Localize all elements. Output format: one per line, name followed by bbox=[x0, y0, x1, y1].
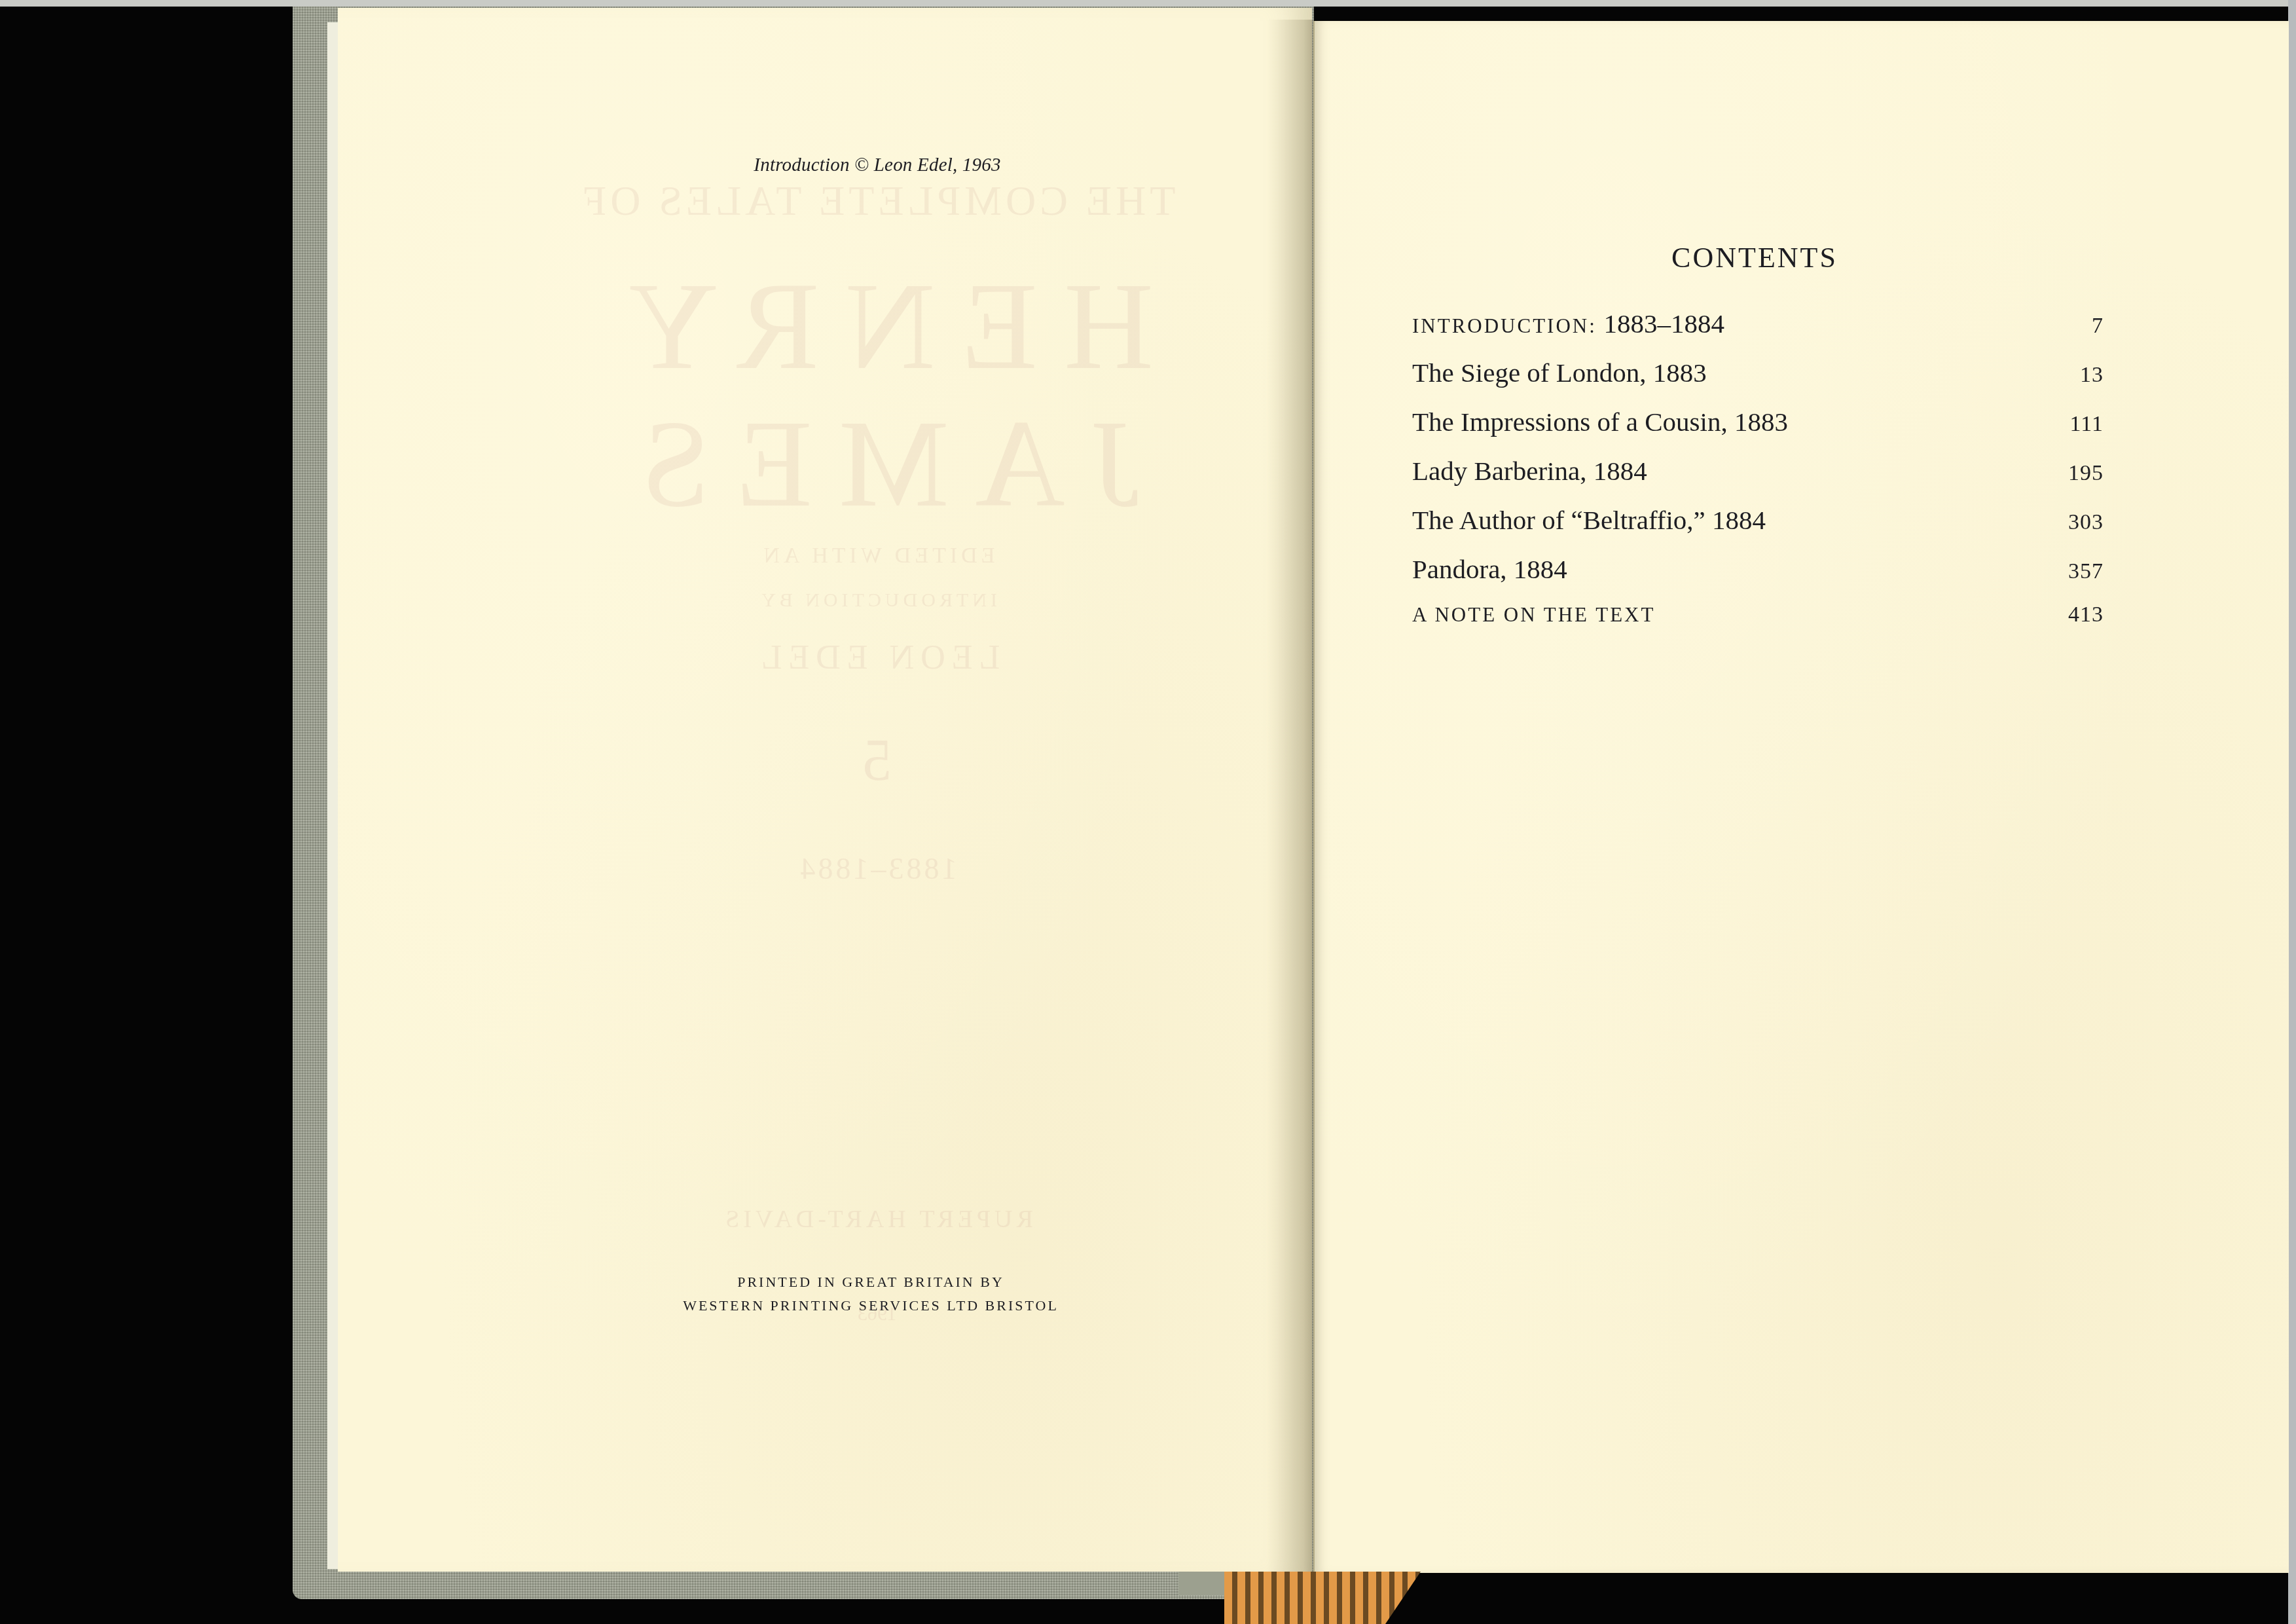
show-through-line: THE COMPLETE TALES OF bbox=[537, 177, 1218, 225]
toc-entry[interactable]: The Siege of London, 1883 13 bbox=[1412, 357, 2104, 406]
toc-entry[interactable]: Lady Barberina, 1884 195 bbox=[1412, 455, 2104, 504]
toc-entry[interactable]: Pandora, 1884 357 bbox=[1412, 553, 2104, 602]
printer-line: WESTERN PRINTING SERVICES LTD BRISTOL bbox=[629, 1294, 1113, 1318]
contents-heading: CONTENTS bbox=[1558, 241, 1951, 274]
printer-line: PRINTED IN GREAT BRITAIN BY bbox=[629, 1270, 1113, 1294]
toc-entry-page: 303 bbox=[2068, 510, 2104, 535]
toc-entry[interactable]: The Author of “Beltraffio,” 1884 303 bbox=[1412, 504, 2104, 553]
toc-entry-title: The Impressions of a Cousin, 1883 bbox=[1412, 406, 1788, 437]
show-through-line: LEON EDEL bbox=[537, 638, 1218, 677]
toc-entry-title: A NOTE ON THE TEXT bbox=[1412, 603, 1655, 627]
scanner-stripe-artifact bbox=[1224, 1572, 1421, 1624]
toc-entry[interactable]: INTRODUCTION: 1883–1884 7 bbox=[1412, 308, 2104, 357]
toc-entry-page: 195 bbox=[2068, 461, 2104, 486]
toc-entry-page: 7 bbox=[2092, 314, 2104, 339]
toc-entry-title: INTRODUCTION: 1883–1884 bbox=[1412, 308, 1724, 339]
toc-entry-title: The Author of “Beltraffio,” 1884 bbox=[1412, 504, 1766, 536]
show-through-line: HENRY bbox=[537, 255, 1218, 398]
show-through-line: 5 bbox=[537, 727, 1218, 794]
toc-entry[interactable]: The Impressions of a Cousin, 1883 111 bbox=[1412, 406, 2104, 455]
toc-entry[interactable]: A NOTE ON THE TEXT 413 bbox=[1412, 602, 2104, 652]
toc-entry-title: Pandora, 1884 bbox=[1412, 553, 1567, 585]
scanner-edge-top bbox=[0, 0, 2296, 7]
printer-imprint: PRINTED IN GREAT BRITAIN BY WESTERN PRIN… bbox=[629, 1270, 1113, 1318]
copyright-line: Introduction © Leon Edel, 1963 bbox=[681, 155, 1074, 176]
show-through-line: JAMES bbox=[537, 393, 1218, 536]
scanner-edge-right bbox=[2288, 0, 2296, 1624]
show-through-line: INTRODUCTION BY bbox=[537, 589, 1218, 612]
show-through-line: 1883–1884 bbox=[537, 851, 1218, 886]
show-through-line: EDITED WITH AN bbox=[537, 544, 1218, 568]
toc-entry-title: Lady Barberina, 1884 bbox=[1412, 455, 1647, 487]
toc-entry-page: 413 bbox=[2068, 602, 2104, 627]
cover-cloth-corner bbox=[1178, 1572, 1231, 1595]
gutter-shadow bbox=[1267, 20, 1313, 1572]
toc-entry-title: The Siege of London, 1883 bbox=[1412, 357, 1707, 388]
toc-entry-page: 13 bbox=[2080, 363, 2104, 388]
toc-entry-page: 111 bbox=[2070, 412, 2104, 437]
table-of-contents: INTRODUCTION: 1883–1884 7 The Siege of L… bbox=[1412, 308, 2104, 652]
show-through-line: RUPERT HART-DAVIS bbox=[537, 1205, 1218, 1234]
toc-entry-page: 357 bbox=[2068, 559, 2104, 584]
